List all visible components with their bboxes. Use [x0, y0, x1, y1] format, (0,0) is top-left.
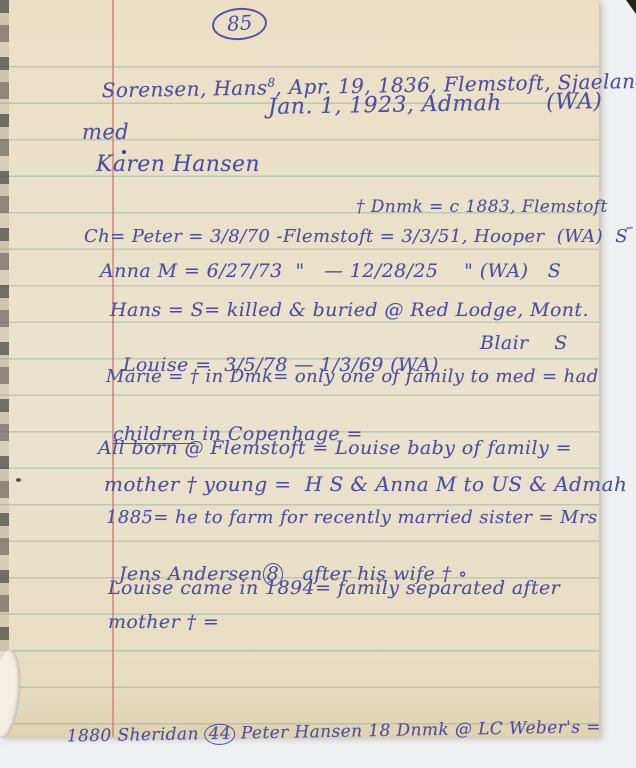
handwriting-note-allborn: All born @ Flemstoft = Louise baby of fa…: [98, 437, 572, 459]
louise-place-status: Blair S: [480, 332, 568, 354]
census-year-place: 1880 Sheridan: [67, 724, 205, 746]
handwriting-married-word: med: [82, 120, 129, 144]
handwriting-child-hans: Hans = S= killed & buried @ Red Lodge, M…: [110, 299, 589, 321]
handwriting-child-peter: Ch= Peter = 3/8/70 -Flemstoft = 3/3/51, …: [84, 226, 628, 247]
handwriting-note-mother-young: mother † young = H S & Anna M to US & Ad…: [104, 472, 627, 496]
handwriting-child-louise: Louise = 3/5/78 — 1/3/69 (WA) Blair S: [110, 332, 590, 398]
circled-census-number: 44: [204, 724, 235, 745]
handwriting-note-louise-1894: Louise came in 1894= family separated af…: [108, 577, 560, 599]
ink-speck: [16, 478, 21, 482]
handwriting-spouse-name: Karen Hansen: [96, 152, 260, 177]
handwriting-note-1885: 1885= he to farm for recently married si…: [106, 507, 598, 528]
torn-binding-edge: [0, 0, 9, 650]
handwriting-census-footer: 1880 Sheridan 44 Peter Hansen 18 Dnmk @ …: [55, 697, 601, 747]
handwriting-child-marie: Marie = † in Dmk= only one of family to …: [106, 366, 599, 387]
handwriting-note-mother-died: mother † =: [108, 611, 219, 633]
census-detail: Peter Hansen 18 Dnmk @ LC Weber's =: [235, 717, 601, 743]
scan-corner-artifact: [626, 0, 636, 14]
person-name: Sorensen, Hans: [102, 75, 268, 102]
handwriting-child-anna: Anna M = 6/27/73 " — 12/28/25 " (WA) S: [100, 260, 561, 282]
handwriting-spouse-death: † Dnmk = c 1883, Flemstoft: [356, 197, 608, 217]
